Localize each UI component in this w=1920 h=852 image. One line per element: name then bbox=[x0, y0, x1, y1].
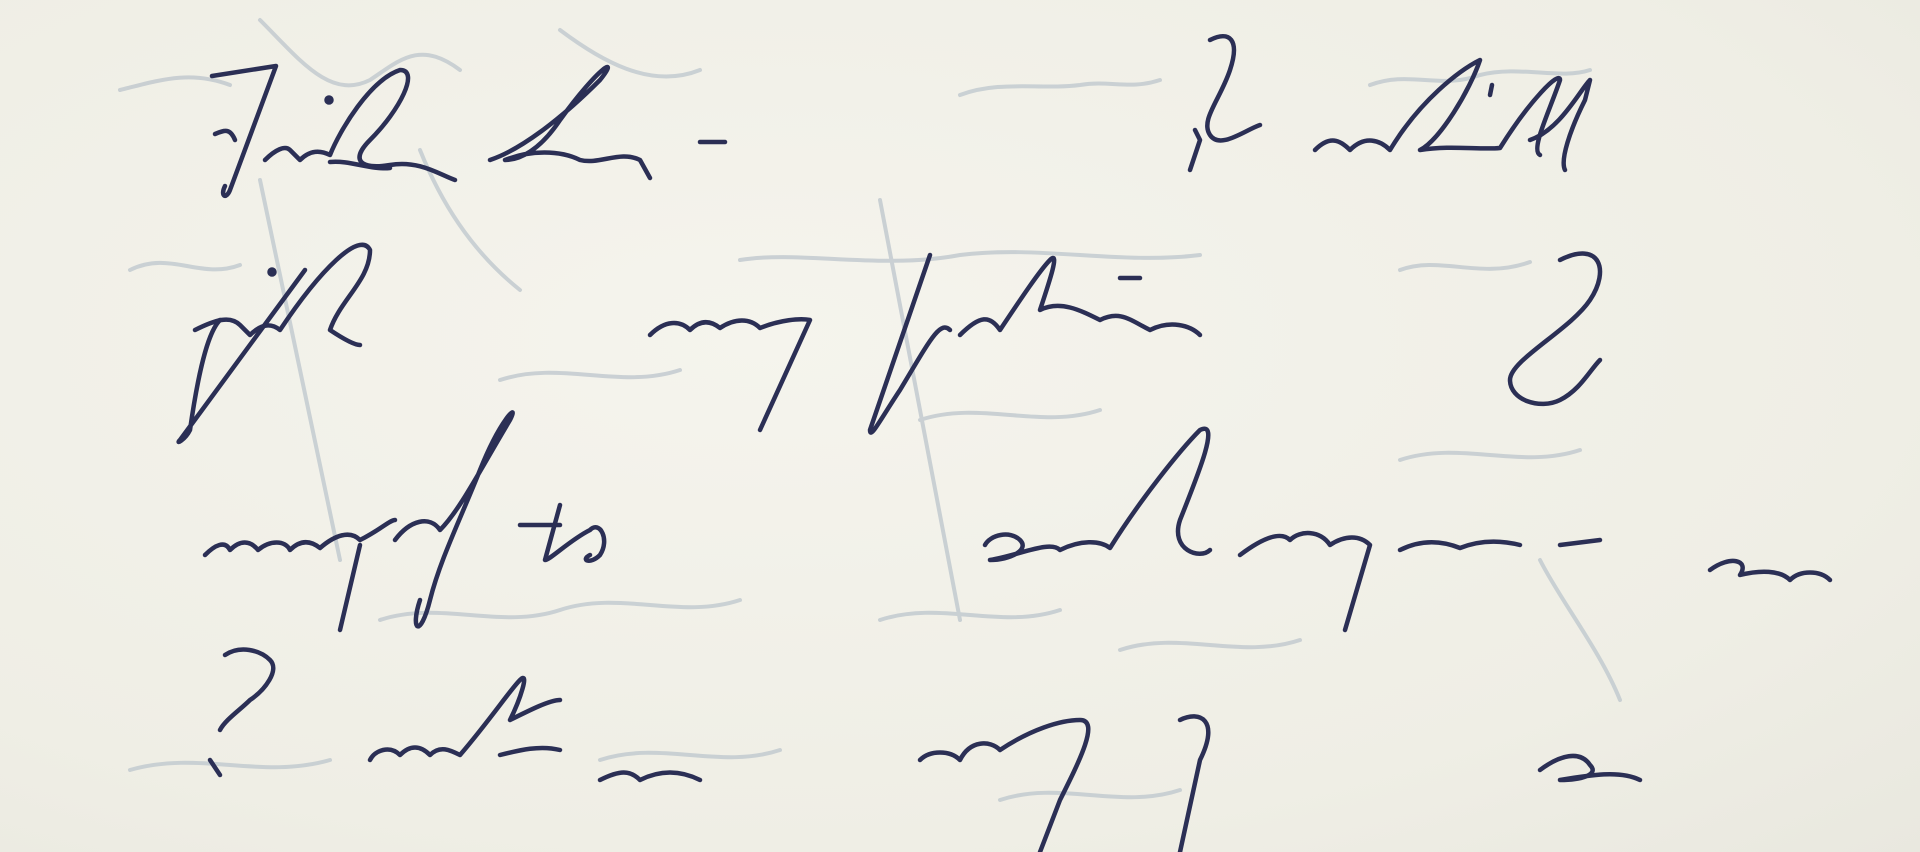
letter-line-4: I sent a copy of a bbox=[0, 700, 1920, 770]
letter-line-2: find any picture of bbox=[0, 280, 1920, 350]
letter-line-1: Trilda dear - I couldn't bbox=[0, 80, 1920, 150]
letter-line-3: myself to send you - so bbox=[0, 500, 1920, 570]
